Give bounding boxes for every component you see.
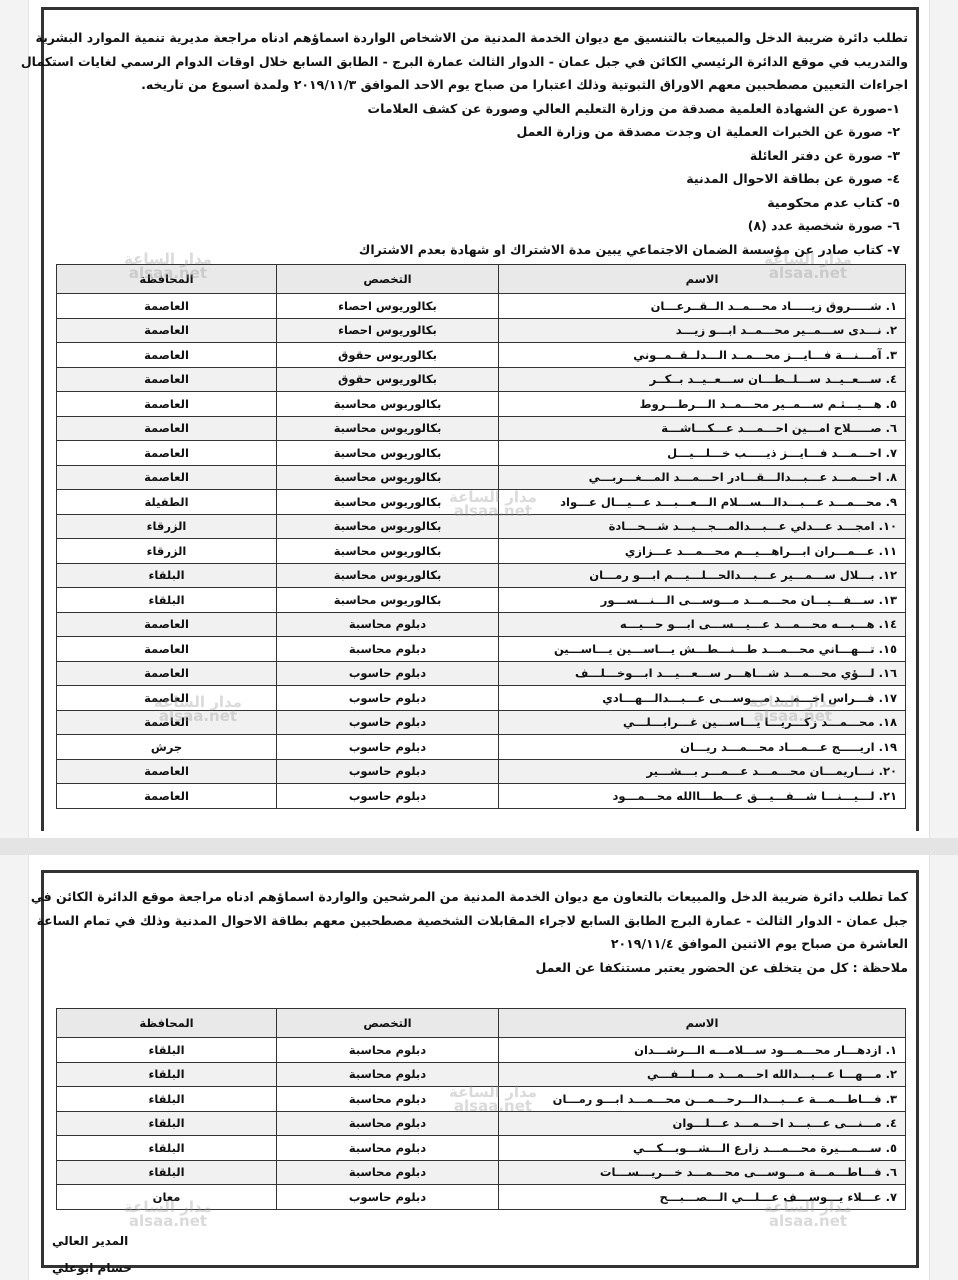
cell-specialization: دبلوم محاسبة	[277, 1136, 499, 1161]
cell-governorate: العاصمة	[57, 637, 277, 662]
cell-name: ٧. عـــلاء يـــوســـف عـــلـــي الـــصــ…	[499, 1185, 906, 1210]
cell-name: ٢. نـــدى ســـمــير محـــمــد ابـــو زيـ…	[499, 318, 906, 343]
table-row: ١١. عـــمـــران ابـــراهـــيـــم محـــمـ…	[57, 539, 906, 564]
table-row: ٢. نـــدى ســـمــير محـــمــد ابـــو زيـ…	[57, 318, 906, 343]
cell-name: ٢٠. نـــاريمـــان محـــمـــد عـــمـــر ب…	[499, 759, 906, 784]
table-row: ٧. عـــلاء يـــوســـف عـــلـــي الـــصــ…	[57, 1185, 906, 1210]
document-frame-2: كما تطلب دائرة ضريبة الدخل والمبيعات بال…	[41, 870, 919, 1268]
cell-specialization: دبلوم حاسوب	[277, 661, 499, 686]
table-row: ١٢. بـــلال ســـمـــير عـــبـــدالحـــلـ…	[57, 563, 906, 588]
table-row: ٨. احـــمـــد عـــبـــدالـــقـــادر احــ…	[57, 465, 906, 490]
cell-name: ٤. ســـعــيــد ســـلــطـــان ســـعــيــد…	[499, 367, 906, 392]
requirement-item: ٥- كتاب عدم محكومية	[52, 191, 908, 215]
table-row: ٤. ســـعــيــد ســـلــطـــان ســـعــيــد…	[57, 367, 906, 392]
cell-governorate: البلقاء	[57, 1062, 277, 1087]
table-row: ٣. فـــاطـــمـــة عـــبـــدالـــرحـــمــ…	[57, 1087, 906, 1112]
interview-candidates-table: الاسم التخصص المحافظة ١. ازدهـــار محـــ…	[56, 1008, 906, 1210]
cell-specialization: بكالوريوس محاسبة	[277, 441, 499, 466]
table-row: ١٨. محـــمـــد زكـــريـــا يـــاســـين غ…	[57, 710, 906, 735]
cell-name: ٩. محـــمـــد عـــبـــدالـــســـلام الــ…	[499, 490, 906, 515]
cell-governorate: معان	[57, 1185, 277, 1210]
cell-name: ٢١. لـــيـــنـــا شـــفـــيـــق عـــطـــ…	[499, 784, 906, 809]
cell-name: ٣. فـــاطـــمـــة عـــبـــدالـــرحـــمــ…	[499, 1087, 906, 1112]
cell-governorate: العاصمة	[57, 759, 277, 784]
table-row: ١٤. هـــبـــه محـــمـــد عـــيـــســـى ا…	[57, 612, 906, 637]
signature-block: المدير العالي حسام ابوعلي	[52, 1228, 132, 1280]
column-header-name: الاسم	[499, 1009, 906, 1038]
table-header-row: الاسم التخصص المحافظة	[57, 1009, 906, 1038]
table-row: ١٧. فـــراس احـــمـــد مـــوســـى عـــبـ…	[57, 686, 906, 711]
requirement-item: ٧- كتاب صادر عن مؤسسة الضمان الاجتماعي ي…	[52, 238, 908, 262]
cell-specialization: بكالوريوس محاسبة	[277, 392, 499, 417]
cell-specialization: دبلوم محاسبة	[277, 1160, 499, 1185]
cell-name: ٨. احـــمـــد عـــبـــدالـــقـــادر احــ…	[499, 465, 906, 490]
cell-governorate: العاصمة	[57, 318, 277, 343]
cell-specialization: دبلوم محاسبة	[277, 1062, 499, 1087]
cell-governorate: البلقاء	[57, 1160, 277, 1185]
cell-name: ١. شـــــروق زيـــــاد محـــمــد الــقــ…	[499, 294, 906, 319]
cell-specialization: دبلوم حاسوب	[277, 686, 499, 711]
cell-name: ٣. آمـــنـــة فـــايـــز محـــمــد الـــ…	[499, 343, 906, 368]
paragraph-line: العاشرة من صباح يوم الاثنين الموافق ٢٠١٩…	[52, 932, 908, 956]
table-header-row: الاسم التخصص المحافظة	[57, 265, 906, 294]
cell-specialization: بكالوريوس محاسبة	[277, 490, 499, 515]
cell-specialization: دبلوم محاسبة	[277, 637, 499, 662]
cell-name: ٦. فـــاطـــمـــة مـــوســـى محـــمـــد …	[499, 1160, 906, 1185]
document-page-2: كما تطلب دائرة ضريبة الدخل والمبيعات بال…	[28, 855, 930, 1280]
cell-governorate: العاصمة	[57, 710, 277, 735]
cell-name: ١٦. لـــؤي محـــمـــد شـــاهـــر ســـعــ…	[499, 661, 906, 686]
cell-specialization: بكالوريوس محاسبة	[277, 563, 499, 588]
table-row: ٤. مـــنـــى عـــبـــد احـــمـــد عـــلـ…	[57, 1111, 906, 1136]
paragraph-line: تطلب دائرة ضريبة الدخل والمبيعات بالتنسي…	[52, 26, 908, 50]
column-header-governorate: المحافظة	[57, 265, 277, 294]
cell-specialization: بكالوريوس محاسبة	[277, 416, 499, 441]
cell-specialization: دبلوم محاسبة	[277, 1087, 499, 1112]
cell-name: ٢. مـــهـــا عـــبـــدالله احـــمـــد مـ…	[499, 1062, 906, 1087]
cell-governorate: العاصمة	[57, 392, 277, 417]
document-frame-1: تطلب دائرة ضريبة الدخل والمبيعات بالتنسي…	[41, 7, 919, 831]
requirement-item: ٤- صورة عن بطاقة الاحوال المدنية	[52, 167, 908, 191]
cell-specialization: دبلوم محاسبة	[277, 612, 499, 637]
table-row: ١٠. امجـــد عـــدلي عـــبـــدالمـــجـــي…	[57, 514, 906, 539]
table-row: ٢٠. نـــاريمـــان محـــمـــد عـــمـــر ب…	[57, 759, 906, 784]
signature-title: المدير العالي	[52, 1228, 132, 1255]
cell-governorate: العاصمة	[57, 367, 277, 392]
cell-specialization: دبلوم محاسبة	[277, 1111, 499, 1136]
cell-governorate: البلقاء	[57, 1087, 277, 1112]
table-row: ١٩. اريـــــج عـــمـــاد محـــمـــد ريــ…	[57, 735, 906, 760]
cell-specialization: بكالوريوس حقوق	[277, 343, 499, 368]
cell-name: ١٣. ســـفـــيـــان محـــمـــد مـــوســـى…	[499, 588, 906, 613]
cell-specialization: دبلوم حاسوب	[277, 759, 499, 784]
cell-governorate: العاصمة	[57, 343, 277, 368]
table-row: ١٥. تـــهـــاني محـــمـــد طـــنـــطـــش…	[57, 637, 906, 662]
cell-governorate: الزرقاء	[57, 539, 277, 564]
cell-governorate: العاصمة	[57, 294, 277, 319]
cell-governorate: العاصمة	[57, 661, 277, 686]
cell-specialization: بكالوريوس محاسبة	[277, 588, 499, 613]
interview-announcement-text: كما تطلب دائرة ضريبة الدخل والمبيعات بال…	[44, 873, 916, 979]
table-row: ١٦. لـــؤي محـــمـــد شـــاهـــر ســـعــ…	[57, 661, 906, 686]
table-row: ٦. فـــاطـــمـــة مـــوســـى محـــمـــد …	[57, 1160, 906, 1185]
table-row: ٧. احـــمـــد فـــايـــز ذيـــــب خـــلـ…	[57, 441, 906, 466]
paragraph-line: جبل عمان - الدوار الثالث - عمارة البرج ا…	[52, 909, 908, 933]
table-row: ٥. هـــيـــثـم ســـمــير محـــمــد الـــ…	[57, 392, 906, 417]
table-row: ٢. مـــهـــا عـــبـــدالله احـــمـــد مـ…	[57, 1062, 906, 1087]
cell-governorate: البلقاء	[57, 563, 277, 588]
table-row: ١. شـــــروق زيـــــاد محـــمــد الــقــ…	[57, 294, 906, 319]
cell-specialization: دبلوم حاسوب	[277, 710, 499, 735]
cell-name: ١٢. بـــلال ســـمـــير عـــبـــدالحـــلـ…	[499, 563, 906, 588]
page-separator	[0, 838, 958, 855]
cell-name: ٧. احـــمـــد فـــايـــز ذيـــــب خـــلـ…	[499, 441, 906, 466]
document-page-1: تطلب دائرة ضريبة الدخل والمبيعات بالتنسي…	[28, 0, 930, 838]
table-row: ٢١. لـــيـــنـــا شـــفـــيـــق عـــطـــ…	[57, 784, 906, 809]
table-row: ٣. آمـــنـــة فـــايـــز محـــمــد الـــ…	[57, 343, 906, 368]
cell-specialization: بكالوريوس محاسبة	[277, 539, 499, 564]
cell-name: ٥. هـــيـــثـم ســـمــير محـــمــد الـــ…	[499, 392, 906, 417]
requirement-item: ٦- صورة شخصية عدد (٨)	[52, 214, 908, 238]
cell-name: ١٠. امجـــد عـــدلي عـــبـــدالمـــجـــي…	[499, 514, 906, 539]
cell-specialization: بكالوريوس احصاء	[277, 318, 499, 343]
paragraph-line: والتدريب في موقع الدائرة الرئيسي الكائن …	[52, 50, 908, 74]
table-row: ٦. صـــــلاح امـــين احـــمـــد عـــكـــ…	[57, 416, 906, 441]
cell-name: ١١. عـــمـــران ابـــراهـــيـــم محـــمـ…	[499, 539, 906, 564]
table-row: ١. ازدهـــار محـــمـــود ســـلامـــه الـ…	[57, 1038, 906, 1063]
cell-governorate: البلقاء	[57, 1136, 277, 1161]
cell-governorate: العاصمة	[57, 612, 277, 637]
cell-specialization: بكالوريوس حقوق	[277, 367, 499, 392]
cell-specialization: دبلوم محاسبة	[277, 1038, 499, 1063]
cell-name: ٦. صـــــلاح امـــين احـــمـــد عـــكـــ…	[499, 416, 906, 441]
cell-governorate: الطفيلة	[57, 490, 277, 515]
cell-governorate: البلقاء	[57, 1038, 277, 1063]
table-row: ٥. ســـمـــيرة محـــمـــد زارع الـــشـــ…	[57, 1136, 906, 1161]
cell-name: ٤. مـــنـــى عـــبـــد احـــمـــد عـــلـ…	[499, 1111, 906, 1136]
cell-specialization: بكالوريوس محاسبة	[277, 514, 499, 539]
requirement-item: ١-صورة عن الشهادة العلمية مصدقة من وزارة…	[52, 97, 908, 121]
cell-specialization: دبلوم حاسوب	[277, 784, 499, 809]
requirement-item: ٢- صورة عن الخبرات العملية ان وجدت مصدقة…	[52, 120, 908, 144]
note-text: ملاحظة : كل من يتخلف عن الحضور يعتبر مست…	[52, 956, 908, 980]
cell-name: ١٨. محـــمـــد زكـــريـــا يـــاســـين غ…	[499, 710, 906, 735]
column-header-governorate: المحافظة	[57, 1009, 277, 1038]
cell-governorate: العاصمة	[57, 416, 277, 441]
cell-governorate: العاصمة	[57, 784, 277, 809]
cell-governorate: العاصمة	[57, 441, 277, 466]
cell-specialization: دبلوم حاسوب	[277, 735, 499, 760]
cell-specialization: بكالوريوس محاسبة	[277, 465, 499, 490]
requirement-item: ٣- صورة عن دفتر العائلة	[52, 144, 908, 168]
column-header-specialization: التخصص	[277, 265, 499, 294]
cell-governorate: العاصمة	[57, 686, 277, 711]
cell-name: ١٧. فـــراس احـــمـــد مـــوســـى عـــبـ…	[499, 686, 906, 711]
cell-governorate: البلقاء	[57, 588, 277, 613]
cell-name: ١٩. اريـــــج عـــمـــاد محـــمـــد ريــ…	[499, 735, 906, 760]
cell-governorate: جرش	[57, 735, 277, 760]
paragraph-line: اجراءات التعيين مصطحبين معهم الاوراق الث…	[52, 73, 908, 97]
cell-governorate: البلقاء	[57, 1111, 277, 1136]
announcement-text: تطلب دائرة ضريبة الدخل والمبيعات بالتنسي…	[44, 10, 916, 261]
cell-name: ١٥. تـــهـــاني محـــمـــد طـــنـــطـــش…	[499, 637, 906, 662]
cell-name: ١. ازدهـــار محـــمـــود ســـلامـــه الـ…	[499, 1038, 906, 1063]
candidates-table: الاسم التخصص المحافظة ١. شـــــروق زيـــ…	[56, 264, 906, 809]
table-row: ٩. محـــمـــد عـــبـــدالـــســـلام الــ…	[57, 490, 906, 515]
cell-name: ٥. ســـمـــيرة محـــمـــد زارع الـــشـــ…	[499, 1136, 906, 1161]
cell-governorate: العاصمة	[57, 465, 277, 490]
cell-specialization: بكالوريوس احصاء	[277, 294, 499, 319]
cell-governorate: الزرقاء	[57, 514, 277, 539]
table-row: ١٣. ســـفـــيـــان محـــمـــد مـــوســـى…	[57, 588, 906, 613]
signature-name: حسام ابوعلي	[52, 1255, 132, 1280]
column-header-name: الاسم	[499, 265, 906, 294]
paragraph-line: كما تطلب دائرة ضريبة الدخل والمبيعات بال…	[52, 885, 908, 909]
cell-name: ١٤. هـــبـــه محـــمـــد عـــيـــســـى ا…	[499, 612, 906, 637]
cell-specialization: دبلوم حاسوب	[277, 1185, 499, 1210]
column-header-specialization: التخصص	[277, 1009, 499, 1038]
